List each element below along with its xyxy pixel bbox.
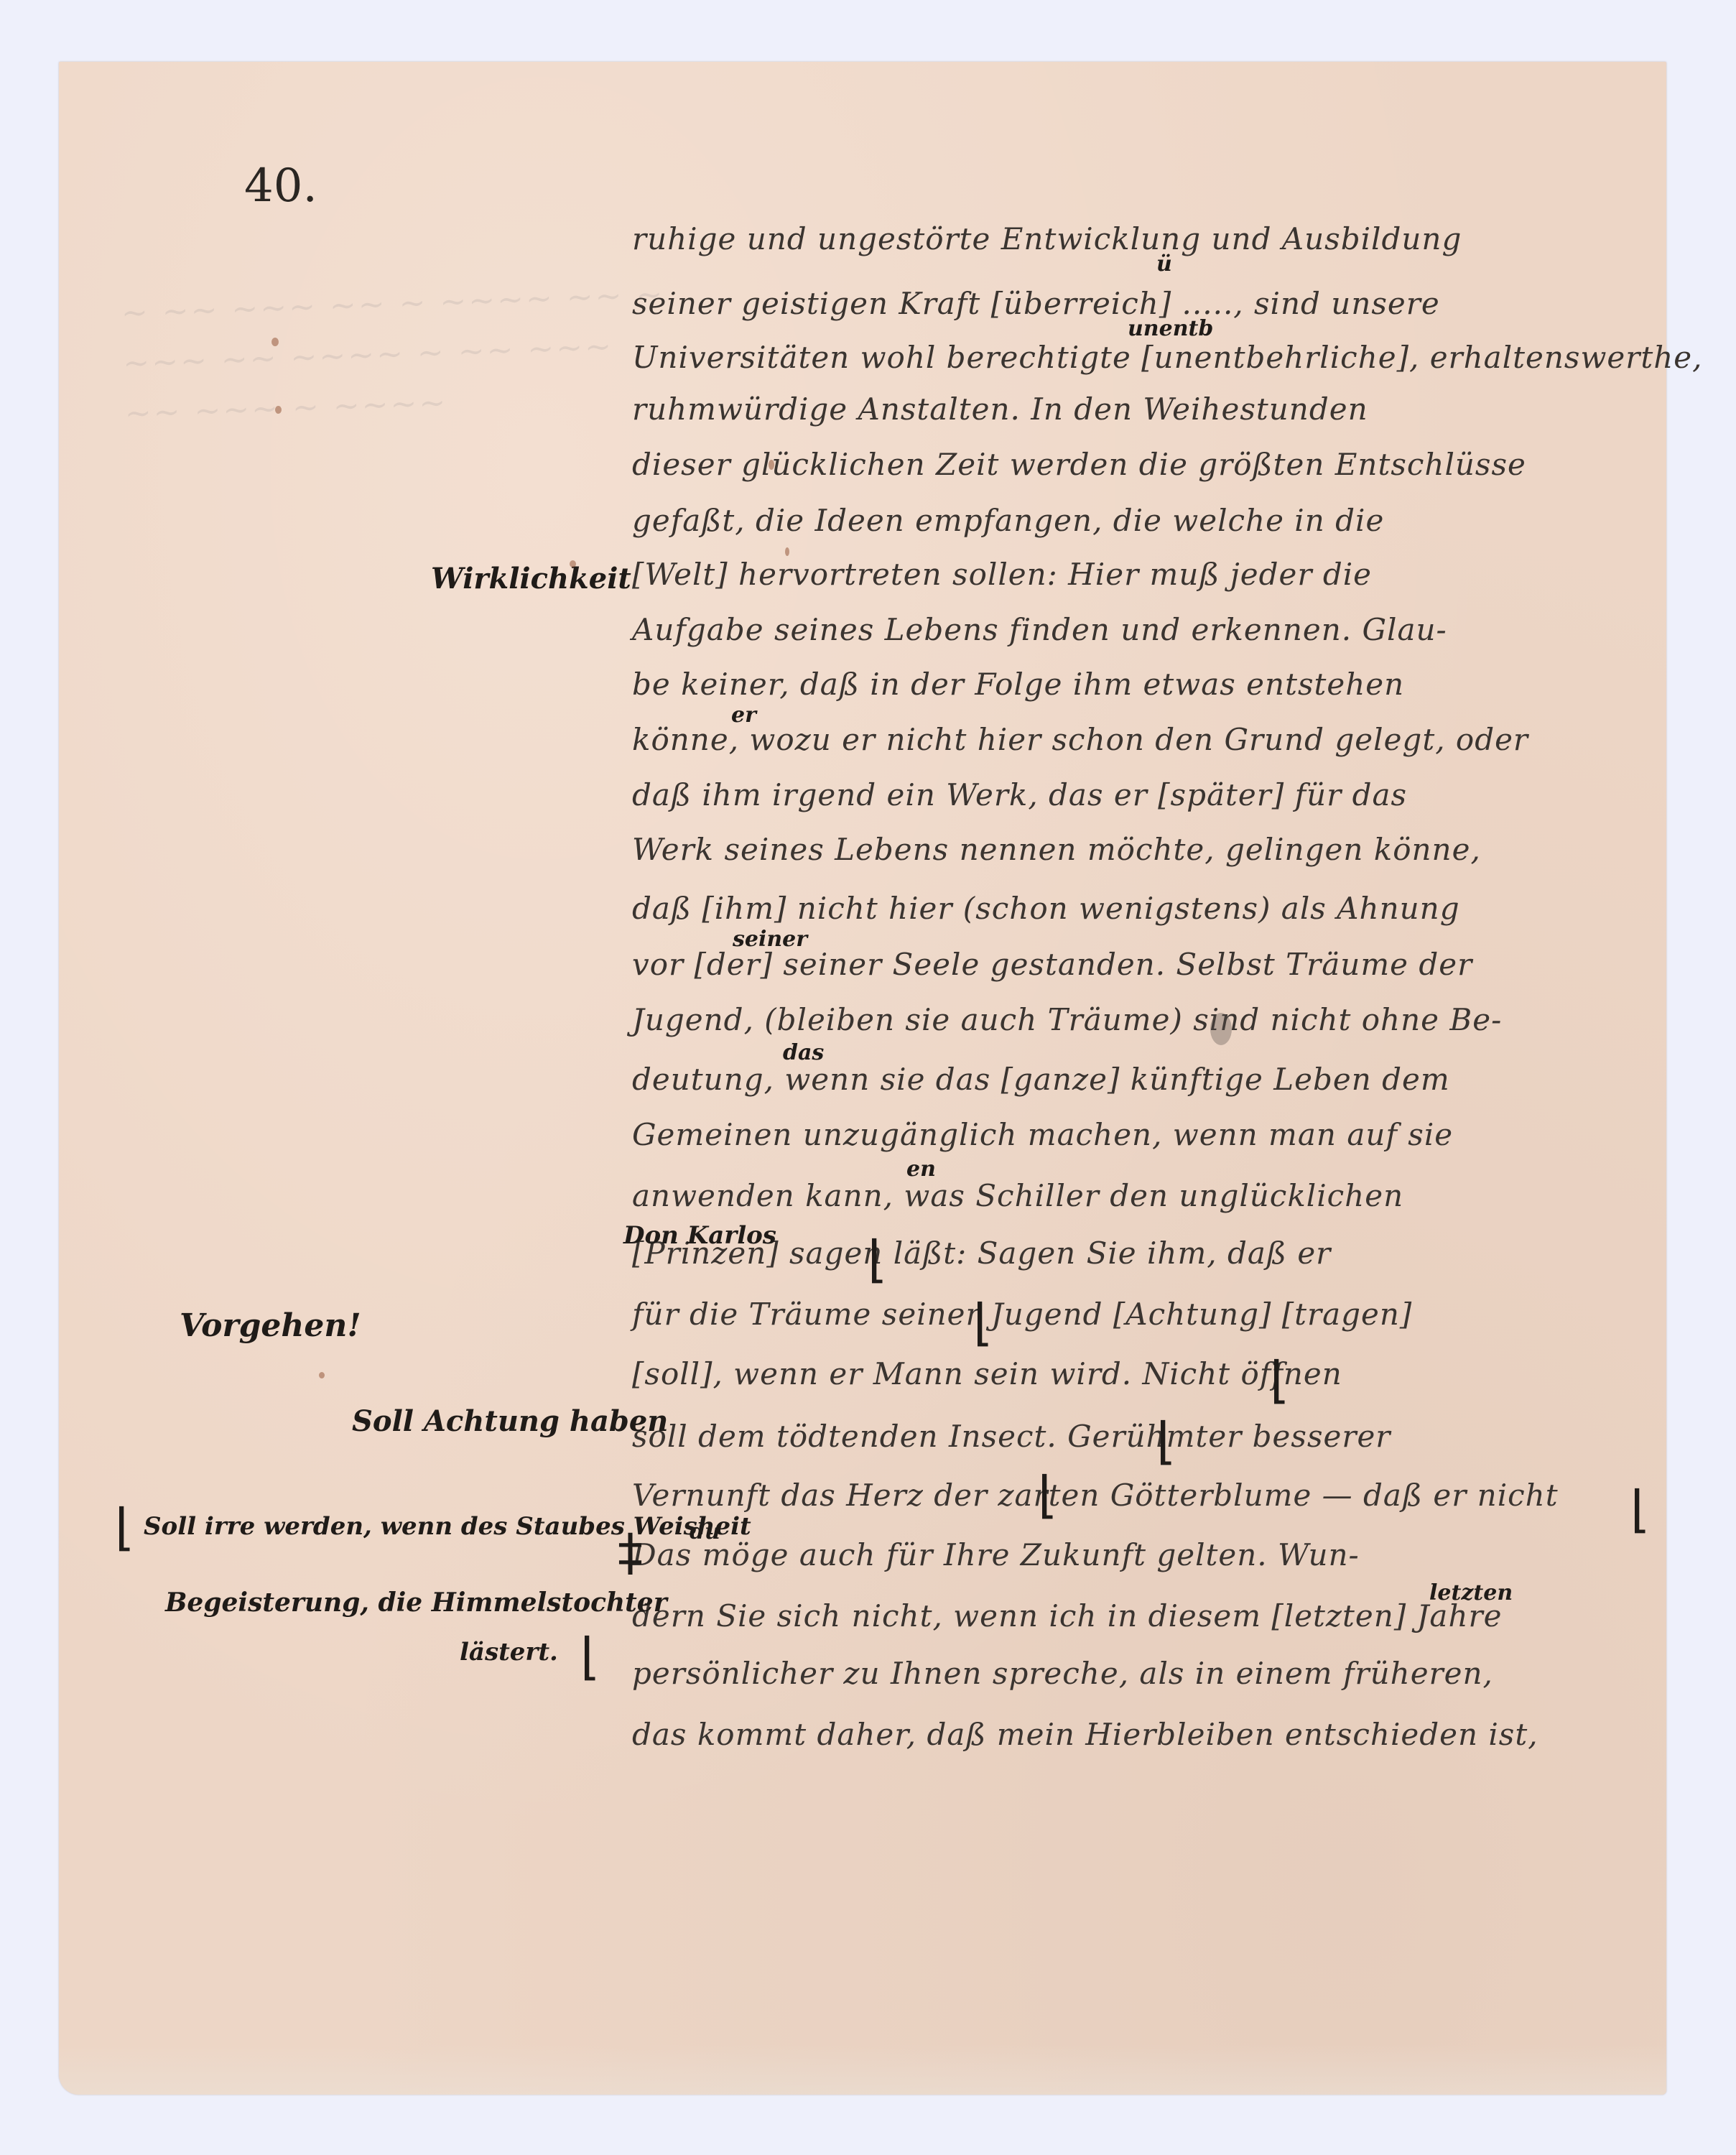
foxing-spot [785, 547, 789, 556]
text-line: [soll], wenn er Mann sein wird. Nicht öf… [632, 1356, 1342, 1391]
margin-note: Soll Achtung haben [352, 1404, 668, 1438]
margin-note: Begeisterung, die Himmelstochter [165, 1588, 667, 1618]
insertion: das [783, 1040, 824, 1065]
foxing-spot [319, 1372, 325, 1378]
text-line: anwenden kann, was Schiller den unglückl… [632, 1178, 1403, 1213]
text-line: für die Träume seiner Jugend [Achtung] [… [632, 1297, 1412, 1332]
foxing-spot [275, 406, 282, 414]
insertion-mark-icon: ⌊ [1156, 1412, 1176, 1470]
text-line: deutung, wenn sie das [ganze] künftige L… [632, 1062, 1450, 1097]
text-line: Vernunft das Herz der zarten Götterblume… [632, 1478, 1559, 1513]
text-line: soll dem tödtenden Insect. Gerühmter bes… [632, 1419, 1391, 1454]
margin-note: lästert. [460, 1638, 558, 1667]
margin-note: Wirklichkeit [431, 562, 631, 595]
text-line: dern Sie sich nicht, wenn ich in diesem … [632, 1598, 1502, 1633]
insertion: en [906, 1157, 936, 1182]
text-line: persönlicher zu Ihnen spreche, als in ei… [632, 1656, 1493, 1691]
insertion-mark-icon: ⌊ [115, 1498, 134, 1557]
insertion-mark-icon: ⌊ [1630, 1480, 1650, 1539]
insertion-mark-icon: ⌊ [580, 1627, 600, 1686]
insertion-mark-icon: ⌊ [868, 1230, 887, 1289]
text-line: vor [der] seiner Seele gestanden. Selbst… [632, 947, 1472, 982]
insertion: unentb [1128, 316, 1213, 341]
text-line: Das möge auch für Ihre Zukunft gelten. W… [632, 1537, 1360, 1572]
text-line: Universitäten wohl berechtigte [unentbeh… [632, 340, 1703, 375]
text-line: Werk seines Lebens nennen möchte, geling… [632, 832, 1481, 867]
folio-number: 40. [244, 159, 317, 213]
text-line: Gemeinen unzugänglich machen, wenn man a… [632, 1117, 1453, 1152]
text-line: be keiner, daß in der Folge ihm etwas en… [632, 667, 1404, 702]
insertion: seiner [733, 927, 807, 952]
text-line: seiner geistigen Kraft [überreich] .....… [632, 286, 1440, 321]
margin-note: Soll irre werden, wenn des Staubes Weish… [144, 1512, 751, 1541]
replacement-text: Don Karlos [623, 1221, 776, 1250]
text-line: ruhmwürdige Anstalten. In den Weihestund… [632, 391, 1368, 427]
ink-smudge [1210, 1013, 1232, 1045]
text-line: daß ihm irgend ein Werk, das er [später]… [632, 777, 1407, 812]
foxing-spot [570, 560, 576, 567]
insertion: ü [1156, 251, 1172, 277]
foxing-spot [271, 338, 279, 346]
insertion-mark-icon: ⌊ [973, 1293, 993, 1352]
text-line: ruhige und ungestörte Entwicklung und Au… [632, 221, 1462, 256]
text-line: [Welt] hervortreten sollen: Hier muß jed… [632, 557, 1372, 592]
insertion: letzten [1429, 1580, 1513, 1605]
insertion: er [731, 703, 756, 728]
text-line: Jugend, (bleiben sie auch Träume) sind n… [632, 1002, 1502, 1037]
text-line: daß [ihm] nicht hier (schon wenigstens) … [632, 891, 1460, 926]
text-line: könne, wozu er nicht hier schon den Grun… [632, 722, 1528, 757]
insertion-mark-icon: ⌊ [1270, 1350, 1289, 1409]
foxing-spot [769, 460, 774, 470]
text-line: dieser glücklichen Zeit werden die größt… [632, 447, 1526, 482]
text-line: Aufgabe seines Lebens finden und erkenne… [632, 612, 1447, 647]
insertion-mark-icon: ⌊ [1038, 1465, 1057, 1524]
insertion-mark-icon: ‡ [618, 1523, 643, 1582]
margin-note: Vorgehen! [180, 1307, 361, 1344]
text-line: das kommt daher, daß mein Hierbleiben en… [632, 1717, 1538, 1752]
text-line: gefaßt, die Ideen empfangen, die welche … [632, 503, 1384, 538]
